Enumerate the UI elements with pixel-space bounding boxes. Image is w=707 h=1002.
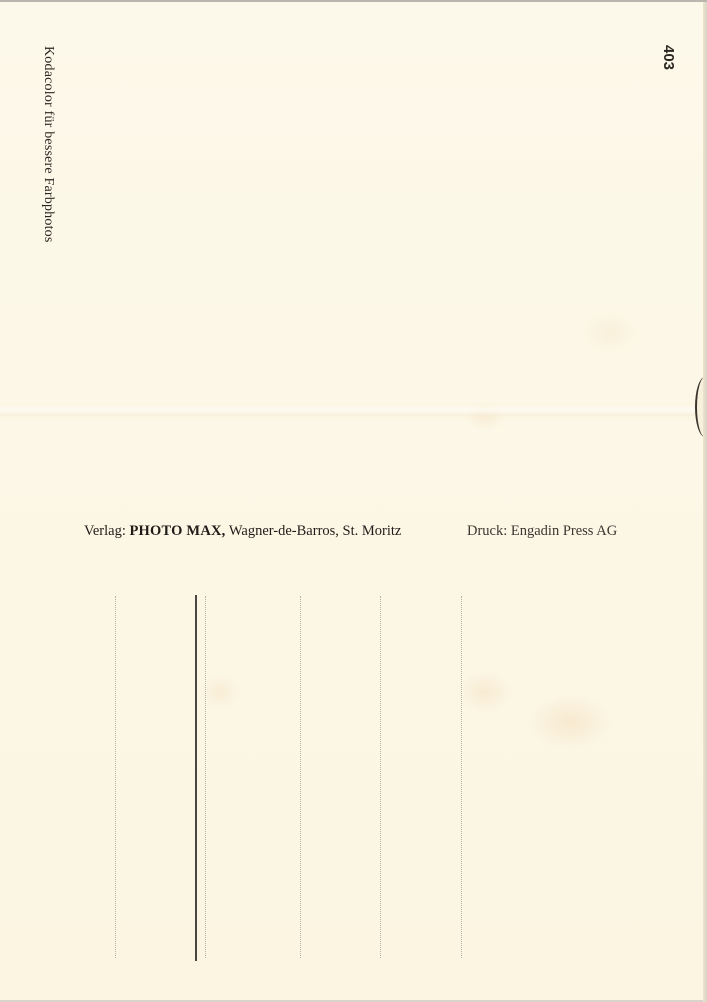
postcard-back: Kodacolor für bessere Farbphotos 403 Ver… [0,0,707,1000]
publisher-label: Verlag: [84,523,126,539]
dotted-guide-line [380,596,381,958]
dotted-guide-line [205,596,206,958]
publisher-name: PHOTO MAX, [130,523,226,539]
side-advert-text: Kodacolor für bessere Farbphotos [40,46,56,243]
message-address-divider [195,595,197,961]
card-edge [703,2,707,1000]
dotted-guide-line [300,596,301,958]
card-number: 403 [660,45,677,70]
printer-imprint: Druck: Engadin Press AG [467,523,617,540]
publisher-imprint: Verlag: PHOTO MAX, Wagner-de-Barros, St.… [84,523,401,540]
dotted-guide-line [461,596,462,958]
dotted-guide-line [115,596,116,958]
fold-crease [0,404,707,416]
publisher-details: Wagner-de-Barros, St. Moritz [229,523,402,539]
